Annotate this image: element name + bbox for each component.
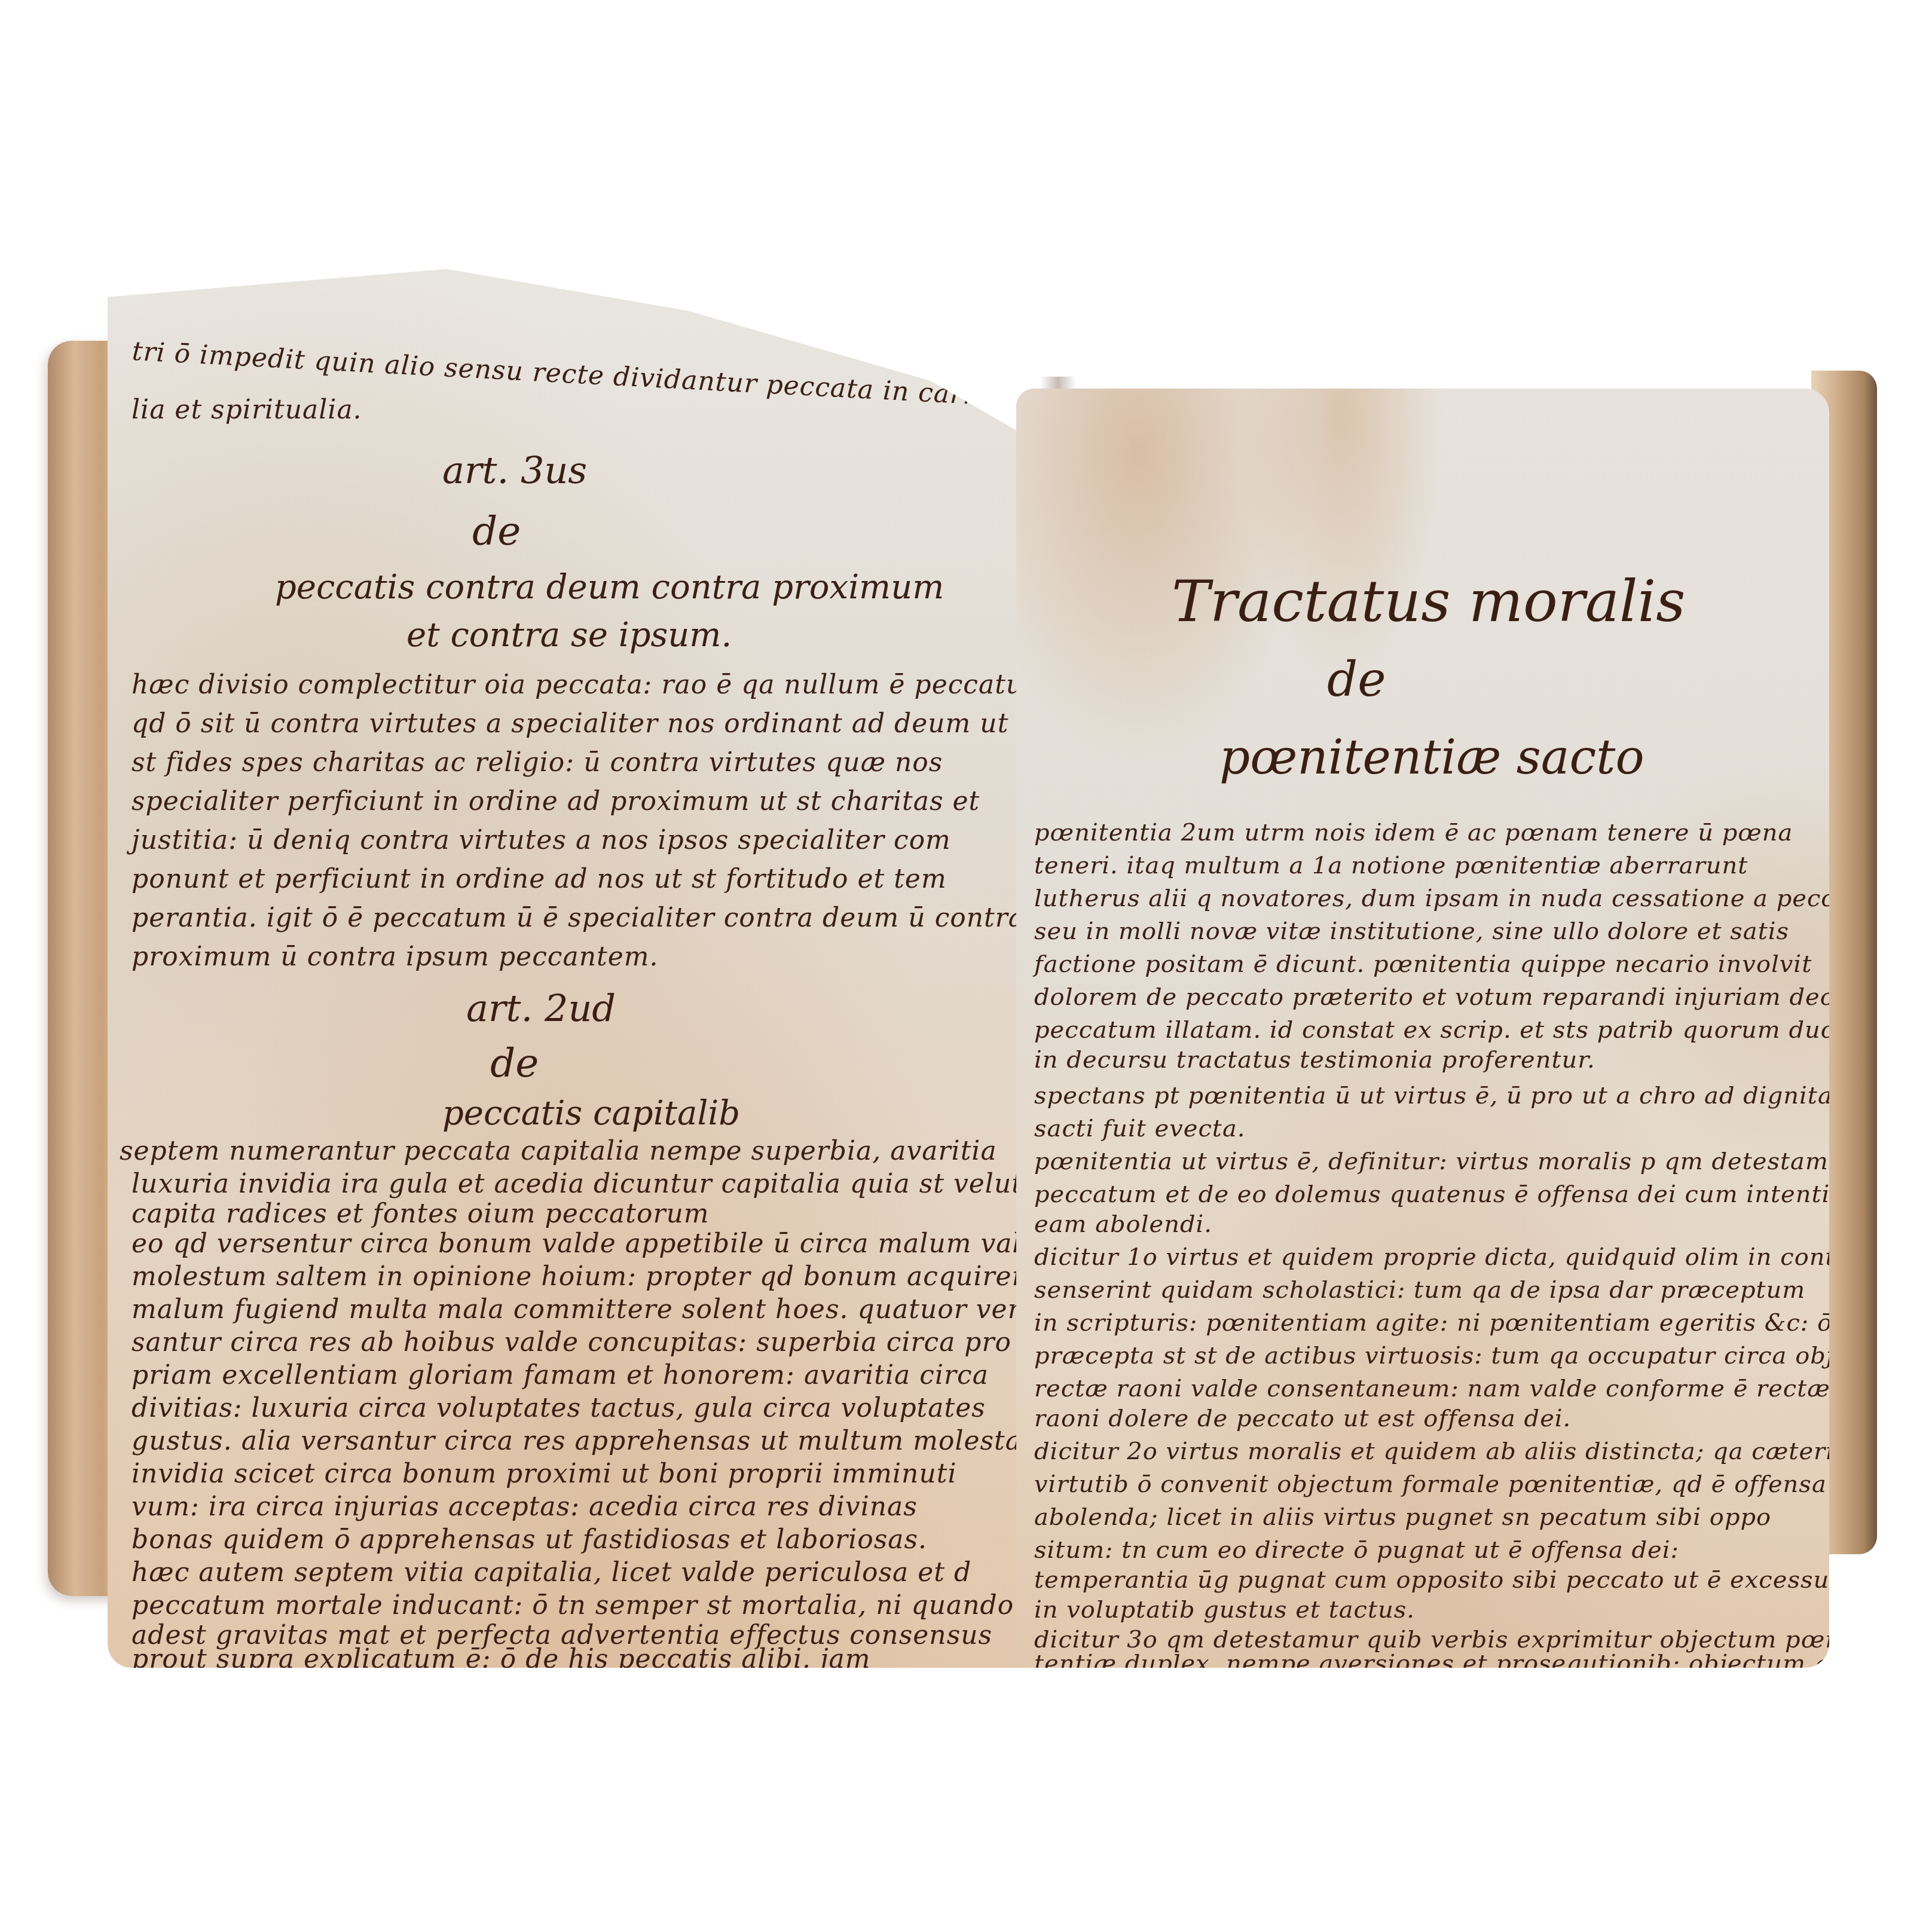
right-text-line: teneri. itaq multum a 1a notione pœniten… <box>1034 852 1748 879</box>
art3-text-line: perantia. igit ō ē peccatum ū ē speciali… <box>132 903 1025 933</box>
right-text-line: in decursu tractatus testimonia proferen… <box>1034 1046 1595 1074</box>
right-text-line: eam abolendi. <box>1034 1210 1212 1238</box>
art2-text-line: santur circa res ab hoibus valde concupi… <box>132 1327 1011 1358</box>
right-text-line: abolenda; licet in aliis virtus pugnet s… <box>1034 1503 1771 1531</box>
article-3-subtitle-1: peccatis contra deum contra proximum <box>275 568 944 607</box>
art2-text-line: divitias: luxuria circa voluptates tactu… <box>132 1393 986 1423</box>
art3-text-line: proximum ū contra ipsum peccantem. <box>132 941 658 972</box>
right-text-line: temperantia ūg pugnat cum opposito sibi … <box>1034 1566 1829 1594</box>
art3-text-line: justitia: ū deniq contra virtutes a nos … <box>132 825 951 855</box>
article-3-subtitle-2: et contra se ipsum. <box>406 616 732 655</box>
art3-text-line: ponunt et perficiunt in ordine ad nos ut… <box>132 864 947 894</box>
article-2-subtitle: peccatis capitalib <box>442 1094 740 1133</box>
right-text-line: situm: tn cum eo directe ō pugnat ut ē o… <box>1034 1536 1679 1564</box>
art2-text-line: prout supra explicatum ē: ō de his pecca… <box>132 1644 871 1668</box>
art2-text-line: vum: ira circa injurias acceptas: acedia… <box>132 1491 918 1522</box>
art3-text-line: hæc divisio complectitur oia peccata: ra… <box>132 670 1049 700</box>
article-2-de: de <box>490 1040 539 1086</box>
right-text-line: in voluptatib gustus et tactus. <box>1034 1596 1415 1624</box>
art2-text-line: huic tractatui imponendus ē finis <box>132 1665 593 1668</box>
right-page: Tractatus moralis de pœnitentiæ sacto pœ… <box>1016 389 1829 1668</box>
right-text-line: senserint quidam scholastici: tum qa de … <box>1034 1276 1805 1304</box>
right-text-line: lutherus alii q novatores, dum ipsam in … <box>1034 885 1829 912</box>
right-text-line: præcepta st st de actibus virtuosis: tum… <box>1034 1342 1829 1369</box>
right-text-line: peccatum et de eo dolemus quatenus ē off… <box>1034 1181 1829 1208</box>
right-text-line: dicitur 1o virtus et quidem proprie dict… <box>1034 1243 1829 1271</box>
right-text-line: in scripturis: pœnitentiam agite: ni pœn… <box>1034 1309 1829 1337</box>
opening-line-2: lia et spiritualia. <box>132 395 362 425</box>
art2-text-line: gustus. alia versantur circa res apprehe… <box>132 1426 1045 1456</box>
right-text-line: seu in molli novæ vitæ institutione, sin… <box>1034 918 1789 945</box>
art2-text-line: luxuria invidia ira gula et acedia dicun… <box>132 1169 1023 1199</box>
right-text-line: pœnitentia 2um utrm nois idem ē ac pœnam… <box>1034 819 1793 846</box>
art2-text-line: peccatum mortale inducant: ō tn semper s… <box>132 1590 1014 1621</box>
right-text-line: dicitur 2o virtus moralis et quidem ab a… <box>1034 1438 1829 1465</box>
right-text-line: tentiæ duplex, nempe aversiones et prose… <box>1034 1650 1829 1668</box>
left-page: tri ō impedit quin alio sensu recte divi… <box>108 269 1076 1668</box>
art2-text-line: malum fugiend multa mala committere sole… <box>132 1294 1021 1325</box>
art2-text-line: bonas quidem ō apprehensas ut fastidiosa… <box>132 1524 927 1555</box>
right-text-line: pœnitentia ut virtus ē, definitur: virtu… <box>1034 1148 1829 1175</box>
art2-text-line: molestum saltem in opinione hoium: propt… <box>132 1261 1073 1292</box>
right-text-line: spectans pt pœnitentia ū ut virtus ē, ū … <box>1034 1082 1829 1109</box>
treatise-title-line-3: pœnitentiæ sacto <box>1219 729 1644 785</box>
art2-text-line: capita radices et fontes oium peccatorum <box>132 1199 709 1229</box>
right-text-line: virtutib ō convenit objectum formale pœn… <box>1034 1471 1829 1498</box>
open-manuscript-book: tri ō impedit quin alio sensu recte divi… <box>48 269 1877 1668</box>
art3-text-line: st fides spes charitas ac religio: ū con… <box>132 747 943 778</box>
art2-text-line: hæc autem septem vitia capitalia, licet … <box>132 1557 971 1588</box>
art2-text-line: eo qd versentur circa bonum valde appeti… <box>132 1228 1055 1259</box>
art3-text-line: qd ō sit ū contra virtutes a specialiter… <box>132 708 1008 739</box>
article-3-heading: art. 3us <box>442 448 587 492</box>
right-text-line: rectæ raoni valde consentaneum: nam vald… <box>1034 1375 1829 1402</box>
treatise-title-line-1: Tractatus moralis <box>1172 568 1686 635</box>
article-2-heading: art. 2ud <box>466 986 616 1030</box>
treatise-title-line-2: de <box>1327 652 1386 707</box>
right-text-line: dolorem de peccato præterito et votum re… <box>1034 983 1829 1011</box>
photo-background: tri ō impedit quin alio sensu recte divi… <box>0 0 1932 1932</box>
art2-text-line: invidia scicet circa bonum proximi ut bo… <box>132 1459 957 1489</box>
right-text-line: factione positam ē dicunt. pœnitentia qu… <box>1034 950 1812 978</box>
right-text-line: raoni dolere de peccato ut est offensa d… <box>1034 1405 1571 1432</box>
art3-text-line: specialiter perficiunt in ordine ad prox… <box>132 786 980 817</box>
article-3-de: de <box>472 508 521 554</box>
right-text-line: peccatum illatam. id constat ex scrip. e… <box>1034 1016 1829 1044</box>
art2-text-line: priam excellentiam gloriam famam et hono… <box>132 1360 989 1390</box>
right-text-line: sacti fuit evecta. <box>1034 1115 1246 1142</box>
art2-text-line: septem numerantur peccata capitalia nemp… <box>120 1136 997 1166</box>
